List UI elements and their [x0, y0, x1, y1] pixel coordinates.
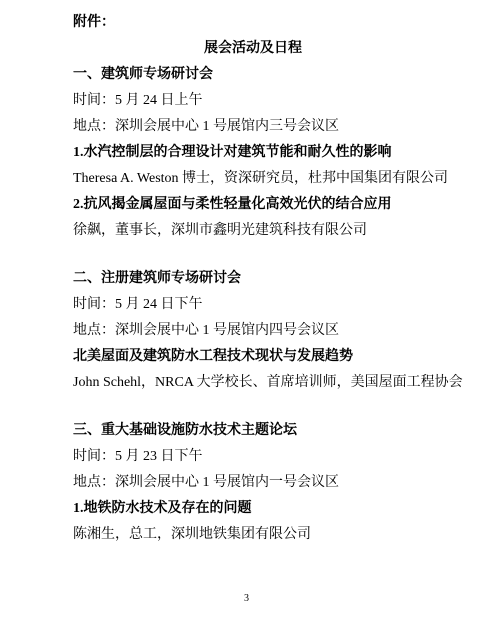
talk-topic: 北美屋面及建筑防水工程技术现状与发展趋势	[73, 344, 433, 370]
section-heading: 一、建筑师专场研讨会	[73, 62, 433, 88]
page-title: 展会活动及日程	[73, 36, 433, 62]
section-architect-seminar: 一、建筑师专场研讨会 时间：5 月 24 日上午 地点：深圳会展中心 1 号展馆…	[73, 62, 433, 244]
session-location: 地点：深圳会展中心 1 号展馆内一号会议区	[73, 470, 433, 496]
talk-speaker: Theresa A. Weston 博士，资深研究员，杜邦中国集团有限公司	[73, 166, 433, 192]
session-time: 时间：5 月 24 日下午	[73, 292, 433, 318]
talk-speaker: 陈湘生，总工，深圳地铁集团有限公司	[73, 522, 433, 548]
section-heading: 二、注册建筑师专场研讨会	[73, 266, 433, 292]
session-time: 时间：5 月 24 日上午	[73, 88, 433, 114]
talk-topic: 1.水汽控制层的合理设计对建筑节能和耐久性的影响	[73, 140, 433, 166]
session-location: 地点：深圳会展中心 1 号展馆内四号会议区	[73, 318, 433, 344]
talk-topic: 1.地铁防水技术及存在的问题	[73, 496, 433, 522]
section-registered-architect-seminar: 二、注册建筑师专场研讨会 时间：5 月 24 日下午 地点：深圳会展中心 1 号…	[73, 266, 433, 396]
document-page: 附件： 展会活动及日程 一、建筑师专场研讨会 时间：5 月 24 日上午 地点：…	[0, 0, 493, 629]
talk-speaker: John Schehl，NRCA 大学校长、首席培训师，美国屋面工程协会	[73, 370, 433, 396]
session-time: 时间：5 月 23 日下午	[73, 444, 433, 470]
section-heading: 三、重大基础设施防水技术主题论坛	[73, 418, 433, 444]
section-infrastructure-waterproofing-forum: 三、重大基础设施防水技术主题论坛 时间：5 月 23 日下午 地点：深圳会展中心…	[73, 418, 433, 548]
page-number: 3	[0, 592, 493, 605]
session-location: 地点：深圳会展中心 1 号展馆内三号会议区	[73, 114, 433, 140]
talk-topic: 2.抗风揭金属屋面与柔性轻量化高效光伏的结合应用	[73, 192, 433, 218]
talk-speaker: 徐飙，董事长，深圳市鑫明光建筑科技有限公司	[73, 218, 433, 244]
attachment-label: 附件：	[73, 10, 433, 36]
